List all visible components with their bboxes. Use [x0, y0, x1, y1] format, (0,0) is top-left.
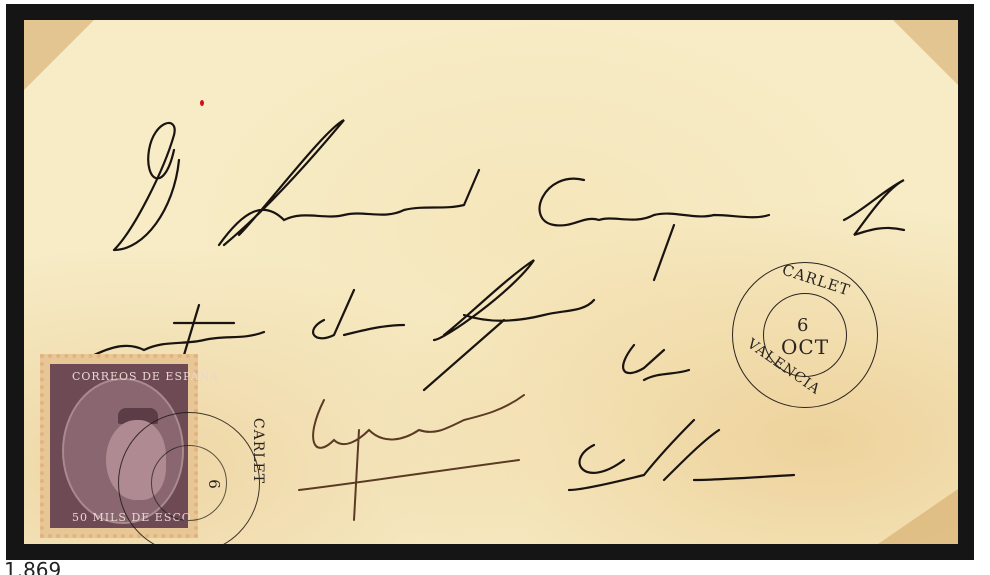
- envelope-cover: CARLET 6 OCT VALENCIA CORREOS DE ESPAÑA …: [24, 20, 958, 544]
- postmark-month: OCT: [781, 335, 829, 359]
- postmark-day: 6: [797, 315, 808, 336]
- postmark-town: CARLET: [250, 418, 266, 484]
- year-caption: 1.869: [4, 560, 61, 575]
- postmark-on-stamp: CARLET 6: [118, 412, 260, 544]
- postmark-carlet: CARLET 6 OCT VALENCIA: [732, 262, 878, 408]
- postmark-day: 6: [205, 479, 223, 489]
- stamp-country: CORREOS DE ESPAÑA: [72, 370, 219, 383]
